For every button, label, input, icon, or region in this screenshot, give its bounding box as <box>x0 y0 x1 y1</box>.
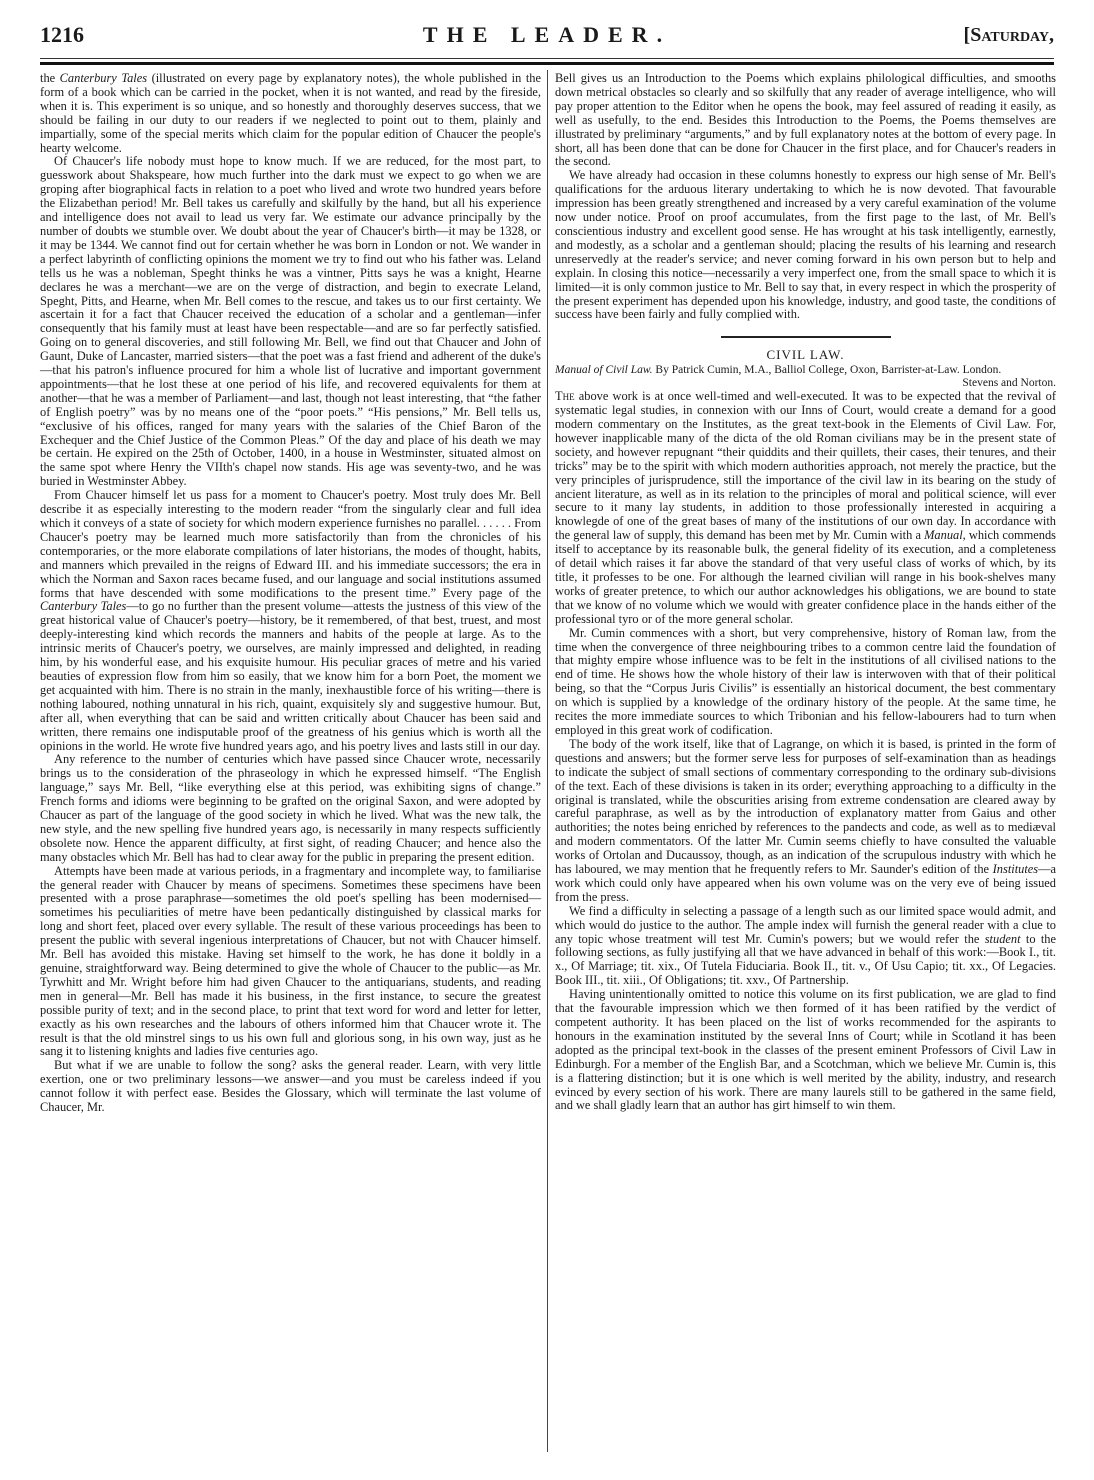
paragraph: Of Chaucer's life nobody must hope to kn… <box>40 155 541 489</box>
paragraph: We have already had occasion in these co… <box>555 169 1056 322</box>
paragraph: We find a difficulty in selecting a pass… <box>555 905 1056 988</box>
paragraph: Attempts have been made at various perio… <box>40 865 541 1060</box>
issue-day: [Saturday, <box>964 24 1054 47</box>
paragraph: From Chaucer himself let us pass for a m… <box>40 489 541 753</box>
left-column: the Canterbury Tales (illustrated on eve… <box>40 72 541 1115</box>
paragraph: But what if we are unable to follow the … <box>40 1059 541 1115</box>
newspaper-title: THE LEADER. <box>40 22 1054 48</box>
paragraph: The above work is at once well-timed and… <box>555 390 1056 626</box>
paragraph: Any reference to the number of centuries… <box>40 753 541 864</box>
book-citation: Manual of Civil Law. By Patrick Cumin, M… <box>539 364 1056 390</box>
masthead: 1216 THE LEADER. [Saturday, <box>40 22 1054 52</box>
book-title: Manual of Civil Law. <box>555 364 653 376</box>
header-rule-thick <box>40 62 1054 65</box>
paragraph: Mr. Cumin commences with a short, but ve… <box>555 627 1056 738</box>
paragraph: the Canterbury Tales (illustrated on eve… <box>40 72 541 155</box>
column-divider <box>547 70 548 1452</box>
section-heading: CIVIL LAW. <box>555 348 1056 362</box>
header-rule-thin <box>40 58 1054 59</box>
paragraph: Having unintentionally omitted to notice… <box>555 988 1056 1113</box>
paragraph: Bell gives us an Introduction to the Poe… <box>555 72 1056 169</box>
book-author: By Patrick Cumin, M.A., Balliol College,… <box>653 364 1002 376</box>
section-divider <box>721 336 891 338</box>
paragraph: The body of the work itself, like that o… <box>555 738 1056 905</box>
right-column: Bell gives us an Introduction to the Poe… <box>555 72 1056 1113</box>
